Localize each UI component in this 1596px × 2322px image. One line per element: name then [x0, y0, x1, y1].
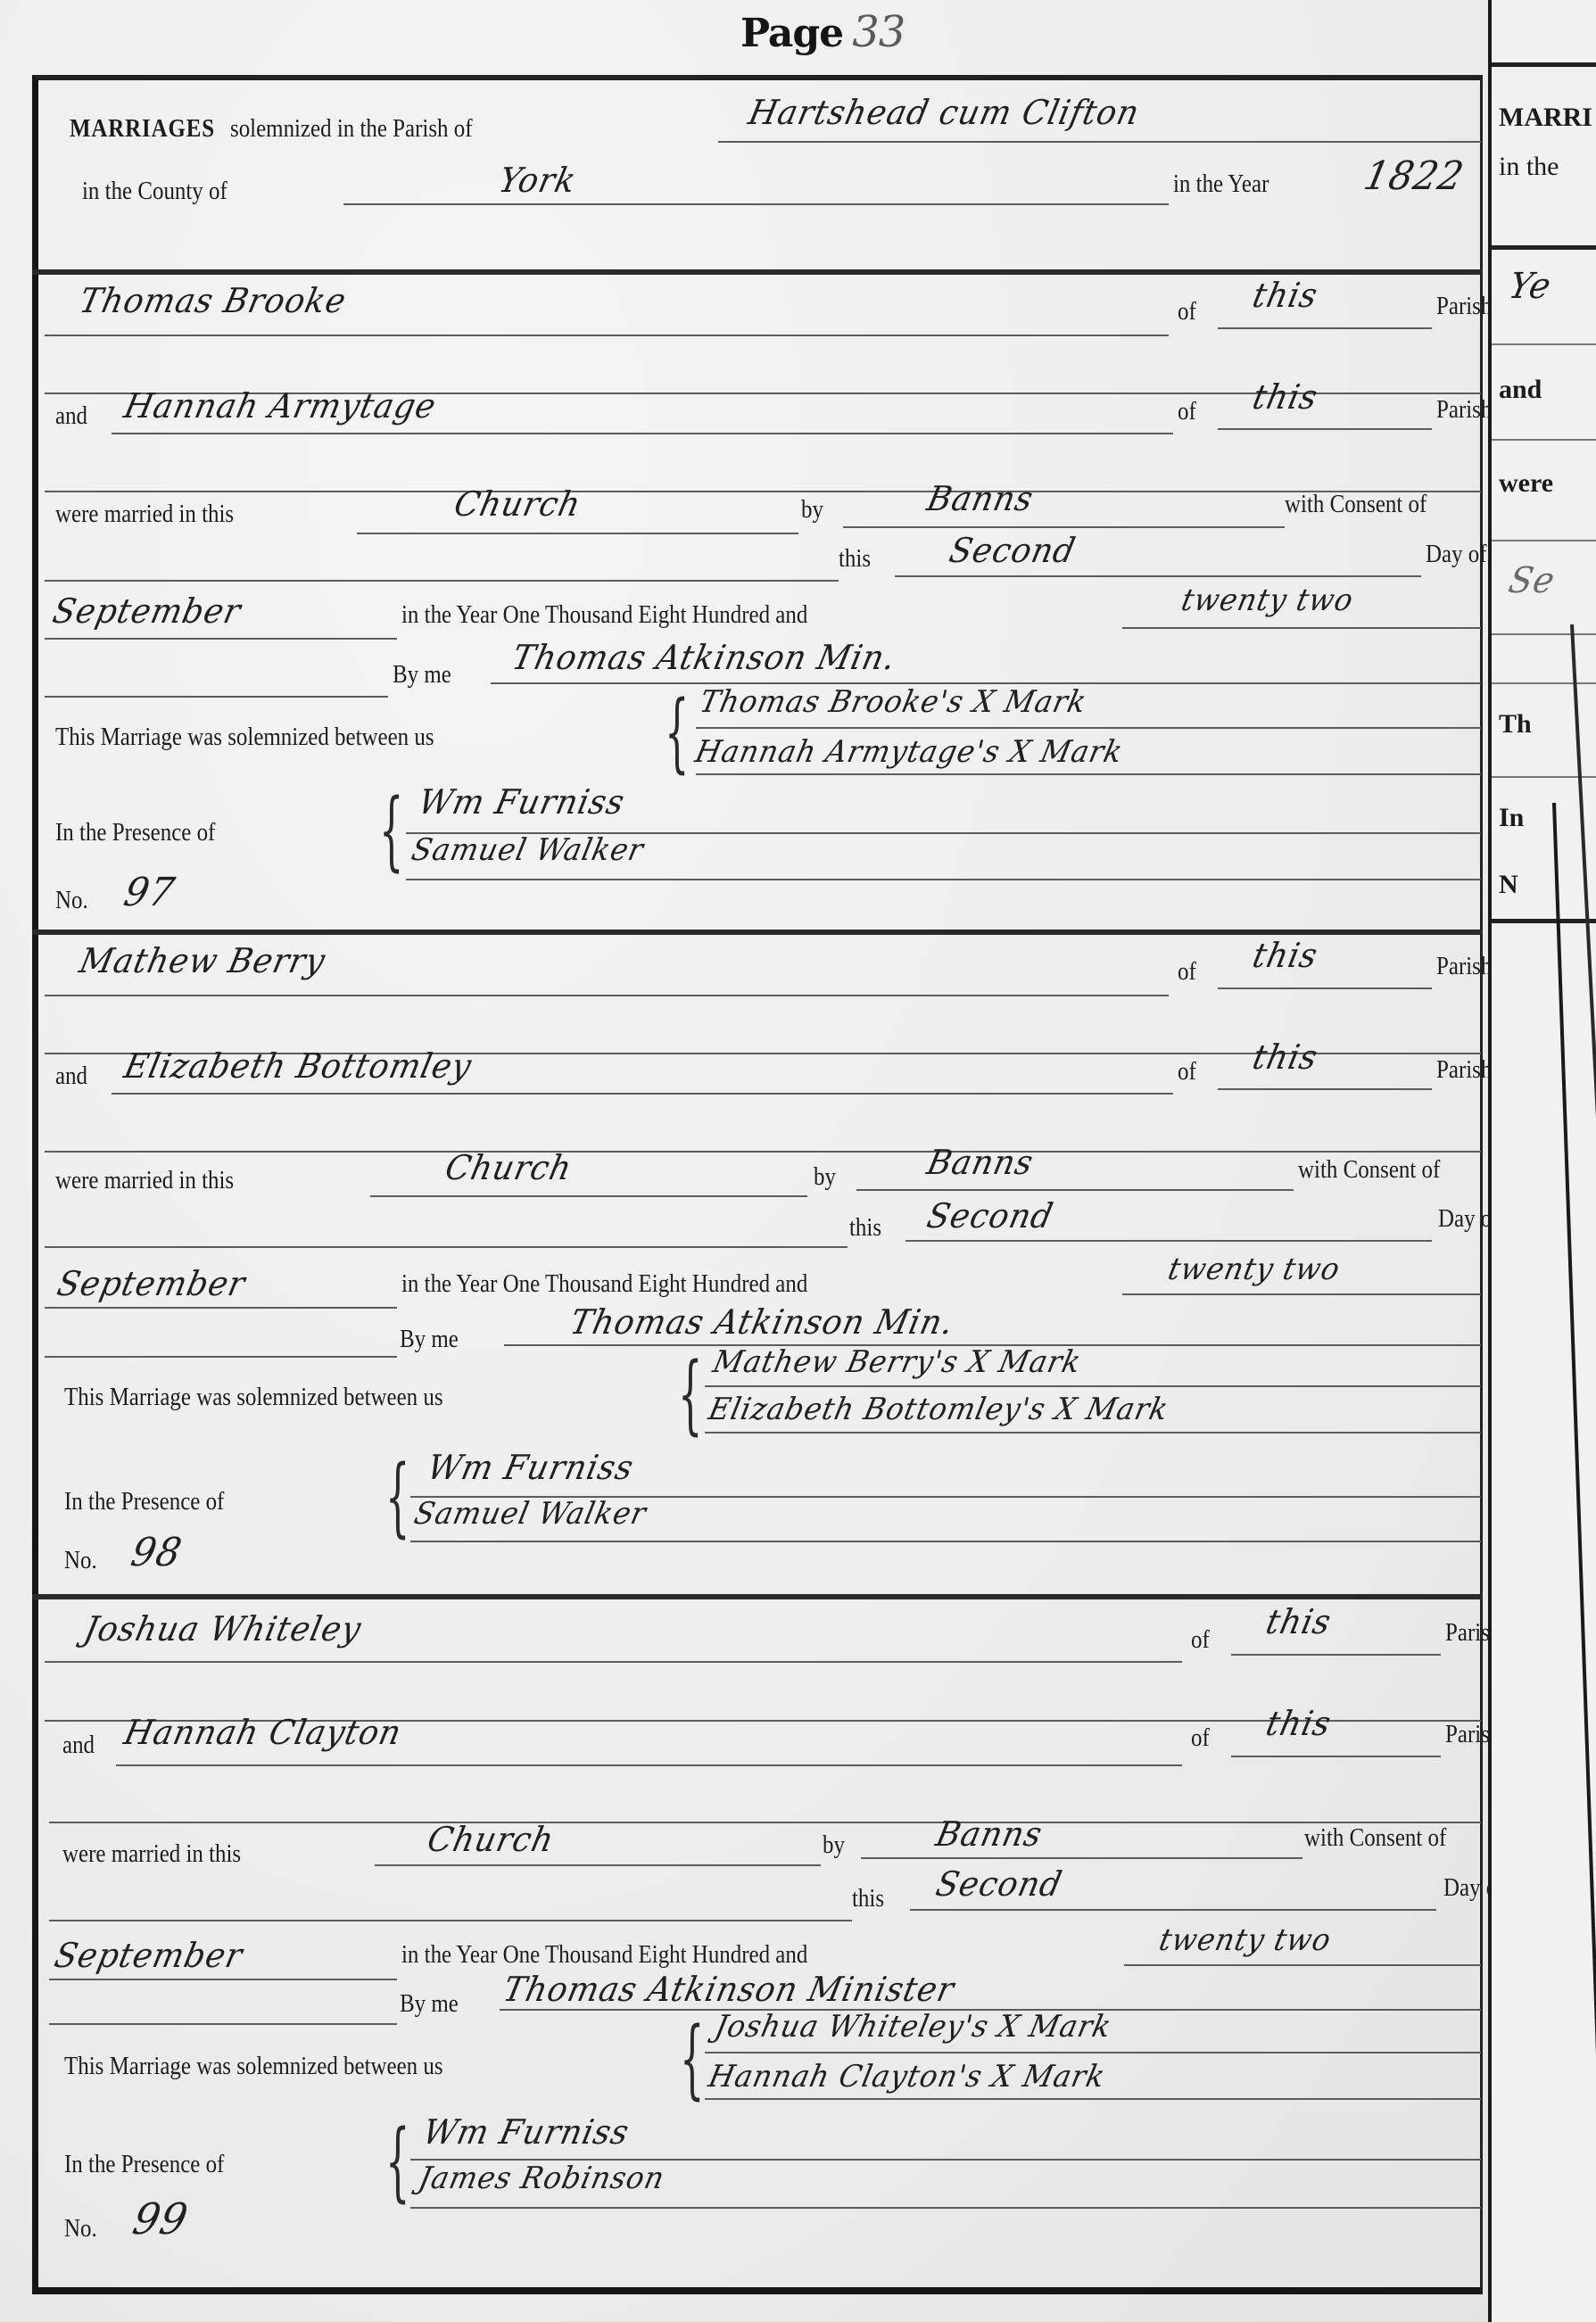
- marriage-entry-98: Mathew Berry of this Parish and Elizabet…: [0, 932, 1596, 1597]
- year-phrase-label: in the Year One Thousand Eight Hundred a…: [401, 600, 807, 630]
- by-me-label: By me: [400, 1325, 459, 1354]
- of-label: of: [1178, 957, 1196, 987]
- groom-blank: [45, 995, 1169, 996]
- adjacent-text: In: [1499, 803, 1524, 833]
- ruled-line: [45, 491, 1481, 492]
- register-page: Page33 MARRIAGES solemnized in the Paris…: [0, 0, 1596, 2322]
- of-label: of: [1191, 1723, 1210, 1753]
- groom-parish: this: [1262, 1602, 1335, 1641]
- parish-label: Parish: [1436, 395, 1492, 425]
- adjacent-handwriting: Se: [1505, 560, 1559, 601]
- and-label: and: [55, 401, 87, 431]
- marriage-day: Second: [932, 1864, 1065, 1904]
- place-blank: [370, 1195, 807, 1197]
- day-of-label: Day of: [1426, 540, 1487, 569]
- groom-blank: [45, 335, 1169, 336]
- marriage-place: Church: [442, 1148, 575, 1187]
- of-label: of: [1178, 1057, 1196, 1087]
- year-words-blank: [1122, 1293, 1481, 1295]
- solemnized-between-label: This Marriage was solemnized between us: [64, 1383, 443, 1412]
- signature-blank: [705, 2098, 1481, 2100]
- of-label: of: [1191, 1625, 1210, 1655]
- bride-parish: this: [1249, 377, 1321, 417]
- adjacent-text: N: [1499, 870, 1518, 900]
- signature-blank: [705, 1432, 1481, 1434]
- groom-name: Thomas Brooke: [76, 281, 350, 320]
- marriage-method: Banns: [932, 1814, 1046, 1854]
- and-label: and: [55, 1062, 87, 1091]
- no-label: No.: [64, 1546, 97, 1575]
- presence-label: In the Presence of: [64, 2150, 224, 2179]
- party-signature-1: Mathew Berry's X Mark: [710, 1344, 1085, 1380]
- marriage-place: Church: [451, 484, 584, 524]
- parish-blank: [718, 141, 1481, 143]
- ruled-line: [45, 580, 839, 582]
- by-label: by: [801, 495, 823, 525]
- brace: {: [665, 690, 689, 775]
- groom-name: Joshua Whiteley: [80, 1609, 365, 1649]
- entry-number: 99: [128, 2194, 193, 2244]
- marriage-month: September: [54, 1264, 249, 1303]
- day-blank: [895, 575, 1421, 577]
- by-me-label: By me: [400, 1989, 459, 2019]
- ruled-line: [45, 1356, 397, 1358]
- of-label: of: [1178, 297, 1196, 326]
- were-married-label: were married in this: [55, 1166, 234, 1195]
- this-label: this: [849, 1213, 881, 1243]
- groom-parish-blank: [1218, 987, 1432, 989]
- solemnized-between-label: This Marriage was solemnized between us: [64, 2052, 443, 2081]
- party-signature-2: Elizabeth Bottomley's X Mark: [706, 1392, 1172, 1427]
- register-year: 1822: [1360, 153, 1468, 199]
- marriage-place: Church: [424, 1820, 558, 1859]
- no-label: No.: [64, 2214, 97, 2243]
- marriage-entry-99: Joshua Whiteley of this Parish and Hanna…: [0, 1597, 1596, 2293]
- signature-blank: [696, 773, 1481, 775]
- bride-parish: this: [1249, 1037, 1321, 1077]
- signature-blank: [696, 727, 1481, 729]
- marriage-year-words: twenty two: [1178, 583, 1357, 618]
- party-signature-2: Hannah Clayton's X Mark: [706, 2059, 1109, 2095]
- day-blank: [906, 1240, 1432, 1242]
- officiant: Thomas Atkinson Minister: [500, 1970, 958, 2009]
- bride-name: Hannah Armytage: [120, 386, 440, 426]
- page-heading: Page33: [740, 7, 905, 57]
- by-me-label: By me: [393, 660, 451, 690]
- adjacent-page-fragment: MARRI in the Ye and were Se Th In N: [1488, 0, 1596, 2322]
- groom-parish: this: [1249, 936, 1321, 975]
- bride-parish-blank: [1218, 1088, 1432, 1090]
- county-blank: [343, 203, 1169, 205]
- were-married-label: were married in this: [55, 500, 234, 529]
- entry-number: 97: [120, 870, 179, 915]
- brace: {: [385, 2119, 409, 2204]
- parish-label: Parish: [1436, 292, 1492, 321]
- parish-label: Parish: [1436, 952, 1492, 981]
- day-blank: [910, 1909, 1436, 1911]
- adjacent-text: in the: [1499, 152, 1559, 182]
- page-number: 33: [852, 7, 905, 57]
- marriages-title: MARRIAGES: [70, 114, 215, 144]
- marriage-month: September: [51, 1936, 246, 1975]
- party-signature-1: Joshua Whiteley's X Mark: [712, 2009, 1115, 2045]
- adjacent-text: and: [1499, 375, 1542, 405]
- no-label: No.: [55, 886, 88, 915]
- brace: {: [678, 1351, 702, 1437]
- parish-label: Parish: [1436, 1055, 1492, 1085]
- place-blank: [357, 533, 798, 534]
- presence-label: In the Presence of: [55, 818, 215, 847]
- method-blank: [843, 526, 1285, 528]
- marriage-entry-97: Thomas Brooke of this Parish and Hannah …: [0, 272, 1596, 937]
- place-blank: [375, 1864, 821, 1866]
- method-blank: [856, 1189, 1294, 1191]
- groom-parish-blank: [1218, 327, 1432, 329]
- officiant: Thomas Atkinson Min.: [509, 638, 899, 677]
- year-words-blank: [1122, 627, 1481, 629]
- solemnized-between-label: This Marriage was solemnized between us: [55, 723, 434, 752]
- party-signature-2: Hannah Armytage's X Mark: [692, 734, 1127, 770]
- signature-blank: [705, 2052, 1481, 2053]
- bride-parish-blank: [1231, 1756, 1441, 1757]
- bride-blank: [112, 433, 1173, 434]
- entry-number: 98: [128, 1530, 186, 1575]
- ruled-line: [45, 696, 388, 698]
- ruled-line: [45, 1151, 1481, 1153]
- year-label: in the Year: [1173, 169, 1269, 199]
- month-blank: [45, 638, 397, 640]
- bride-parish-blank: [1218, 428, 1432, 430]
- were-married-label: were married in this: [62, 1839, 241, 1869]
- groom-parish: this: [1249, 276, 1321, 315]
- consent-label: with Consent of: [1298, 1155, 1440, 1185]
- consent-label: with Consent of: [1304, 1823, 1446, 1853]
- marriage-method: Banns: [923, 479, 1037, 518]
- consent-label: with Consent of: [1285, 490, 1426, 519]
- year-phrase-label: in the Year One Thousand Eight Hundred a…: [401, 1940, 807, 1970]
- by-label: by: [823, 1830, 845, 1860]
- ruled-line: [49, 2023, 397, 2025]
- brace: {: [680, 2016, 704, 2102]
- of-label: of: [1178, 397, 1196, 426]
- witness-blank: [410, 1541, 1481, 1542]
- marriage-month: September: [49, 591, 244, 631]
- adjacent-handwriting: Ye: [1505, 266, 1555, 307]
- bride-name: Hannah Clayton: [120, 1713, 405, 1752]
- and-label: and: [62, 1731, 95, 1760]
- marriage-day: Second: [923, 1196, 1056, 1235]
- witness-1: Wm Furniss: [415, 782, 628, 822]
- county-name: York: [495, 161, 580, 200]
- witness-blank: [410, 2207, 1481, 2209]
- month-blank: [49, 1979, 397, 1980]
- presence-label: In the Presence of: [64, 1487, 224, 1516]
- marriage-year-words: twenty two: [1165, 1252, 1344, 1287]
- bride-parish: this: [1262, 1704, 1335, 1743]
- this-label: this: [852, 1884, 884, 1913]
- parish-name: Hartshead cum Clifton: [745, 93, 1143, 132]
- ruled-line: [49, 1822, 1481, 1823]
- groom-name: Mathew Berry: [76, 941, 329, 980]
- page-heading-label: Page: [740, 11, 843, 56]
- month-blank: [45, 1307, 397, 1309]
- witness-2: Samuel Walker: [411, 1496, 649, 1532]
- marriage-year-words: twenty two: [1156, 1922, 1335, 1958]
- witness-2: Samuel Walker: [409, 832, 647, 868]
- signature-blank: [705, 1385, 1481, 1387]
- witness-blank: [406, 879, 1481, 880]
- brace: {: [379, 788, 403, 873]
- marriage-day: Second: [946, 531, 1079, 570]
- solemnized-label: solemnized in the Parish of: [230, 114, 473, 144]
- officiant: Thomas Atkinson Min.: [566, 1302, 957, 1342]
- witness-1: Wm Furniss: [419, 2112, 633, 2152]
- adjacent-text: were: [1499, 468, 1553, 499]
- year-words-blank: [1124, 1964, 1481, 1966]
- witness-1: Wm Furniss: [424, 1448, 637, 1487]
- ruled-line: [45, 1246, 848, 1248]
- party-signature-1: Thomas Brooke's X Mark: [697, 684, 1090, 720]
- groom-blank: [45, 1661, 1182, 1663]
- adjacent-text: MARRI: [1499, 103, 1592, 133]
- bride-name: Elizabeth Bottomley: [120, 1046, 475, 1086]
- marriage-method: Banns: [923, 1143, 1037, 1182]
- by-label: by: [814, 1162, 836, 1192]
- brace: {: [385, 1454, 409, 1540]
- groom-parish-blank: [1231, 1654, 1441, 1656]
- method-blank: [861, 1857, 1302, 1859]
- adjacent-text: Th: [1499, 709, 1532, 740]
- bride-blank: [112, 1093, 1173, 1095]
- year-phrase-label: in the Year One Thousand Eight Hundred a…: [401, 1269, 807, 1299]
- bride-blank: [116, 1764, 1182, 1766]
- ruled-line: [49, 1920, 852, 1921]
- witness-2: James Robinson: [416, 2161, 668, 2196]
- this-label: this: [839, 544, 871, 574]
- county-label: in the County of: [82, 177, 227, 206]
